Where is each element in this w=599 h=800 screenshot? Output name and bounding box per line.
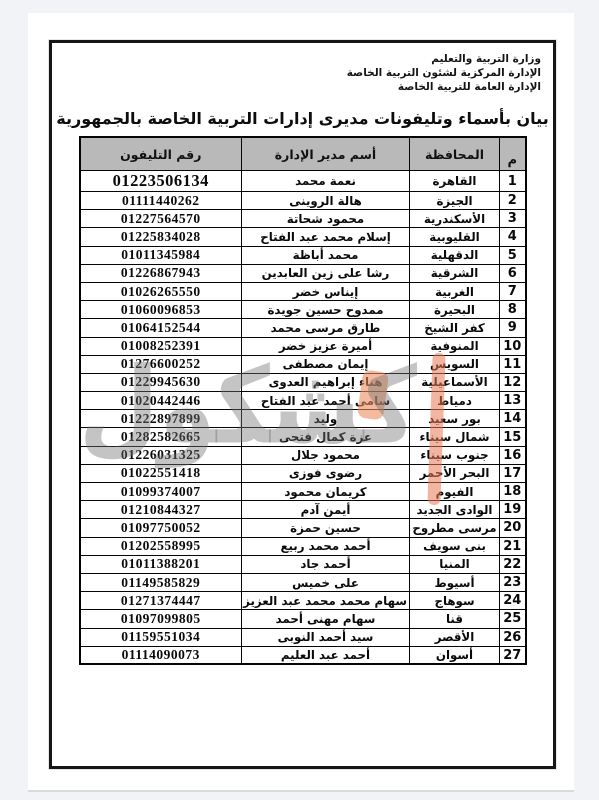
director-name-cell: محمود جلال <box>242 446 410 464</box>
serial-cell: 14 <box>500 410 526 428</box>
table-row: 6 الشرقية رشا على زين العابدين 012268679… <box>80 264 526 282</box>
table-row: 1 القاهرة نعمة محمد 01223506134 <box>80 171 526 192</box>
phone-number-cell: 01099374007 <box>80 483 242 501</box>
governorate-cell: الشرقية <box>410 264 500 282</box>
phone-number-cell: 01022551418 <box>80 464 242 482</box>
serial-cell: 23 <box>500 573 526 591</box>
table-row: 19 الوادى الجديد أيمن آدم 01210844327 <box>80 501 526 519</box>
phone-number-cell: 01282582665 <box>80 428 242 446</box>
governorate-cell: البحيرة <box>410 301 500 319</box>
letterhead-line-ministry: وزارة التربية والتعليم <box>52 52 541 66</box>
serial-cell: 8 <box>500 301 526 319</box>
serial-cell: 24 <box>500 592 526 610</box>
governorate-cell: بنى سويف <box>410 537 500 555</box>
serial-cell: 22 <box>500 555 526 573</box>
letterhead-line-general-admin: الإدارة العامة للتربية الخاصة <box>52 80 541 94</box>
governorate-cell: الجيزة <box>410 192 500 210</box>
serial-cell: 18 <box>500 483 526 501</box>
serial-cell: 19 <box>500 501 526 519</box>
table-row: 15 شمال سيناء عزة كمال فتحى 01282582665 <box>80 428 526 446</box>
director-name-cell: أميرة عزيز خضر <box>242 337 410 355</box>
table-row: 18 الفيوم كريمان محمود 01099374007 <box>80 483 526 501</box>
phone-number-cell: 01202558995 <box>80 537 242 555</box>
director-name-cell: أحمد جاد <box>242 555 410 573</box>
director-name-cell: سهام محمد محمد عبد العزيز <box>242 592 410 610</box>
governorate-cell: بور سعيد <box>410 410 500 428</box>
director-name-cell: محمود شحاتة <box>242 210 410 228</box>
document-border-frame: وزارة التربية والتعليم الإدارة المركزية … <box>49 40 556 769</box>
letterhead-line-central-admin: الإدارة المركزية لشئون التربية الخاصة <box>52 66 541 80</box>
table-row: 24 سوهاج سهام محمد محمد عبد العزيز 01271… <box>80 592 526 610</box>
director-name-cell: سامى أحمد عبد الفتاح <box>242 392 410 410</box>
table-row: 5 الدقهلية محمد أباظة 01011345984 <box>80 246 526 264</box>
director-name-cell: نعمة محمد <box>242 171 410 192</box>
director-name-cell: هالة الروينى <box>242 192 410 210</box>
serial-cell: 21 <box>500 537 526 555</box>
phone-number-cell: 01026265550 <box>80 282 242 300</box>
serial-cell: 4 <box>500 228 526 246</box>
column-header-director: أسم مدير الإدارة <box>242 137 410 171</box>
table-row: 4 القليوبية إسلام محمد عبد الفتاح 012258… <box>80 228 526 246</box>
serial-cell: 15 <box>500 428 526 446</box>
serial-cell: 11 <box>500 355 526 373</box>
serial-cell: 7 <box>500 282 526 300</box>
phone-number-cell: 01060096853 <box>80 301 242 319</box>
phone-number-cell: 01222897899 <box>80 410 242 428</box>
table-row: 11 السويس إيمان مصطفى 01276600252 <box>80 355 526 373</box>
table-row: 3 الأسكندرية محمود شحاتة 01227564570 <box>80 210 526 228</box>
phone-number-cell: 01149585829 <box>80 573 242 591</box>
governorate-cell: السويس <box>410 355 500 373</box>
director-name-cell: حسين حمزة <box>242 519 410 537</box>
director-name-cell: عزة كمال فتحى <box>242 428 410 446</box>
column-header-governorate: المحافظة <box>410 137 500 171</box>
table-row: 26 الأقصر سيد أحمد النوبى 01159551034 <box>80 628 526 646</box>
table-row: 23 أسيوط على خميس 01149585829 <box>80 573 526 591</box>
phone-number-cell: 01271374447 <box>80 592 242 610</box>
governorate-cell: القليوبية <box>410 228 500 246</box>
table-row: 12 الأسماعيلية هناء إبراهيم العدوى 01229… <box>80 373 526 391</box>
governorate-cell: المنوفية <box>410 337 500 355</box>
phone-number-cell: 01097099805 <box>80 610 242 628</box>
governorate-cell: كفر الشيخ <box>410 319 500 337</box>
phone-number-cell: 01225834028 <box>80 228 242 246</box>
serial-cell: 1 <box>500 171 526 192</box>
director-name-cell: رشا على زين العابدين <box>242 264 410 282</box>
director-name-cell: إيمان مصطفى <box>242 355 410 373</box>
serial-cell: 16 <box>500 446 526 464</box>
document-sheet: وزارة التربية والتعليم الإدارة المركزية … <box>28 13 574 790</box>
phone-number-cell: 01226031325 <box>80 446 242 464</box>
table-row: 20 مرسى مطروح حسين حمزة 01097750052 <box>80 519 526 537</box>
serial-cell: 13 <box>500 392 526 410</box>
governorate-cell: سوهاج <box>410 592 500 610</box>
governorate-cell: الوادى الجديد <box>410 501 500 519</box>
serial-cell: 5 <box>500 246 526 264</box>
director-name-cell: وليد <box>242 410 410 428</box>
director-name-cell: إيناس خضر <box>242 282 410 300</box>
serial-cell: 17 <box>500 464 526 482</box>
phone-number-cell: 01276600252 <box>80 355 242 373</box>
governorate-cell: شمال سيناء <box>410 428 500 446</box>
director-name-cell: سيد أحمد النوبى <box>242 628 410 646</box>
table-row: 21 بنى سويف أحمد محمد ربيع 01202558995 <box>80 537 526 555</box>
phone-number-cell: 01229945630 <box>80 373 242 391</box>
phone-number-cell: 01011388201 <box>80 555 242 573</box>
director-name-cell: إسلام محمد عبد الفتاح <box>242 228 410 246</box>
serial-cell: 20 <box>500 519 526 537</box>
phone-number-cell: 01210844327 <box>80 501 242 519</box>
serial-cell: 26 <box>500 628 526 646</box>
table-row: 25 قنا سهام مهنى أحمد 01097099805 <box>80 610 526 628</box>
director-name-cell: كريمان محمود <box>242 483 410 501</box>
director-name-cell: رضوى فوزى <box>242 464 410 482</box>
phone-number-cell: 01159551034 <box>80 628 242 646</box>
governorate-cell: أسوان <box>410 646 500 664</box>
director-name-cell: أيمن آدم <box>242 501 410 519</box>
letterhead: وزارة التربية والتعليم الإدارة المركزية … <box>52 52 553 94</box>
directors-phone-table: م المحافظة أسم مدير الإدارة رقم التليفون… <box>79 136 527 665</box>
table-row: 2 الجيزة هالة الروينى 01111440262 <box>80 192 526 210</box>
phone-table-body: 1 القاهرة نعمة محمد 01223506134 2 الجيزة… <box>80 171 526 665</box>
governorate-cell: أسيوط <box>410 573 500 591</box>
table-row: 7 الغربية إيناس خضر 01026265550 <box>80 282 526 300</box>
table-row: 9 كفر الشيخ طارق مرسى محمد 01064152544 <box>80 319 526 337</box>
serial-cell: 2 <box>500 192 526 210</box>
director-name-cell: محمد أباظة <box>242 246 410 264</box>
governorate-cell: الفيوم <box>410 483 500 501</box>
governorate-cell: الدقهلية <box>410 246 500 264</box>
director-name-cell: سهام مهنى أحمد <box>242 610 410 628</box>
director-name-cell: على خميس <box>242 573 410 591</box>
governorate-cell: الغربية <box>410 282 500 300</box>
governorate-cell: الأقصر <box>410 628 500 646</box>
phone-number-cell: 01226867943 <box>80 264 242 282</box>
governorate-cell: البحر الأحمر <box>410 464 500 482</box>
table-row: 14 بور سعيد وليد 01222897899 <box>80 410 526 428</box>
phone-number-cell: 01020442446 <box>80 392 242 410</box>
serial-cell: 12 <box>500 373 526 391</box>
director-name-cell: أحمد محمد ربيع <box>242 537 410 555</box>
document-title: بيان بأسماء وتليفونات مديرى إدارات الترب… <box>52 109 553 128</box>
phone-number-cell: 01008252391 <box>80 337 242 355</box>
governorate-cell: المنيا <box>410 555 500 573</box>
serial-cell: 6 <box>500 264 526 282</box>
serial-cell: 27 <box>500 646 526 664</box>
phone-number-cell: 01097750052 <box>80 519 242 537</box>
director-name-cell: أحمد عبد العليم <box>242 646 410 664</box>
phone-number-cell: 01111440262 <box>80 192 242 210</box>
governorate-cell: قنا <box>410 610 500 628</box>
governorate-cell: الأسماعيلية <box>410 373 500 391</box>
governorate-cell: جنوب سيناء <box>410 446 500 464</box>
phone-number-cell: 01064152544 <box>80 319 242 337</box>
phone-number-cell: 01223506134 <box>80 171 242 192</box>
serial-cell: 25 <box>500 610 526 628</box>
governorate-cell: دمياط <box>410 392 500 410</box>
phone-number-cell: 01114090073 <box>80 646 242 664</box>
director-name-cell: ممدوح حسين جويدة <box>242 301 410 319</box>
table-row: 27 أسوان أحمد عبد العليم 01114090073 <box>80 646 526 664</box>
governorate-cell: القاهرة <box>410 171 500 192</box>
phone-number-cell: 01227564570 <box>80 210 242 228</box>
column-header-phone: رقم التليفون <box>80 137 242 171</box>
table-row: 22 المنيا أحمد جاد 01011388201 <box>80 555 526 573</box>
director-name-cell: هناء إبراهيم العدوى <box>242 373 410 391</box>
table-row: 8 البحيرة ممدوح حسين جويدة 01060096853 <box>80 301 526 319</box>
table-row: 10 المنوفية أميرة عزيز خضر 01008252391 <box>80 337 526 355</box>
screenshot-root: { "page": { "letterhead": { "line1": "وز… <box>0 0 599 800</box>
governorate-cell: مرسى مطروح <box>410 519 500 537</box>
table-header-row: م المحافظة أسم مدير الإدارة رقم التليفون <box>80 137 526 171</box>
table-row: 16 جنوب سيناء محمود جلال 01226031325 <box>80 446 526 464</box>
phone-number-cell: 01011345984 <box>80 246 242 264</box>
governorate-cell: الأسكندرية <box>410 210 500 228</box>
table-row: 13 دمياط سامى أحمد عبد الفتاح 0102044244… <box>80 392 526 410</box>
table-row: 17 البحر الأحمر رضوى فوزى 01022551418 <box>80 464 526 482</box>
column-header-serial: م <box>500 137 526 171</box>
serial-cell: 10 <box>500 337 526 355</box>
serial-cell: 9 <box>500 319 526 337</box>
serial-cell: 3 <box>500 210 526 228</box>
director-name-cell: طارق مرسى محمد <box>242 319 410 337</box>
